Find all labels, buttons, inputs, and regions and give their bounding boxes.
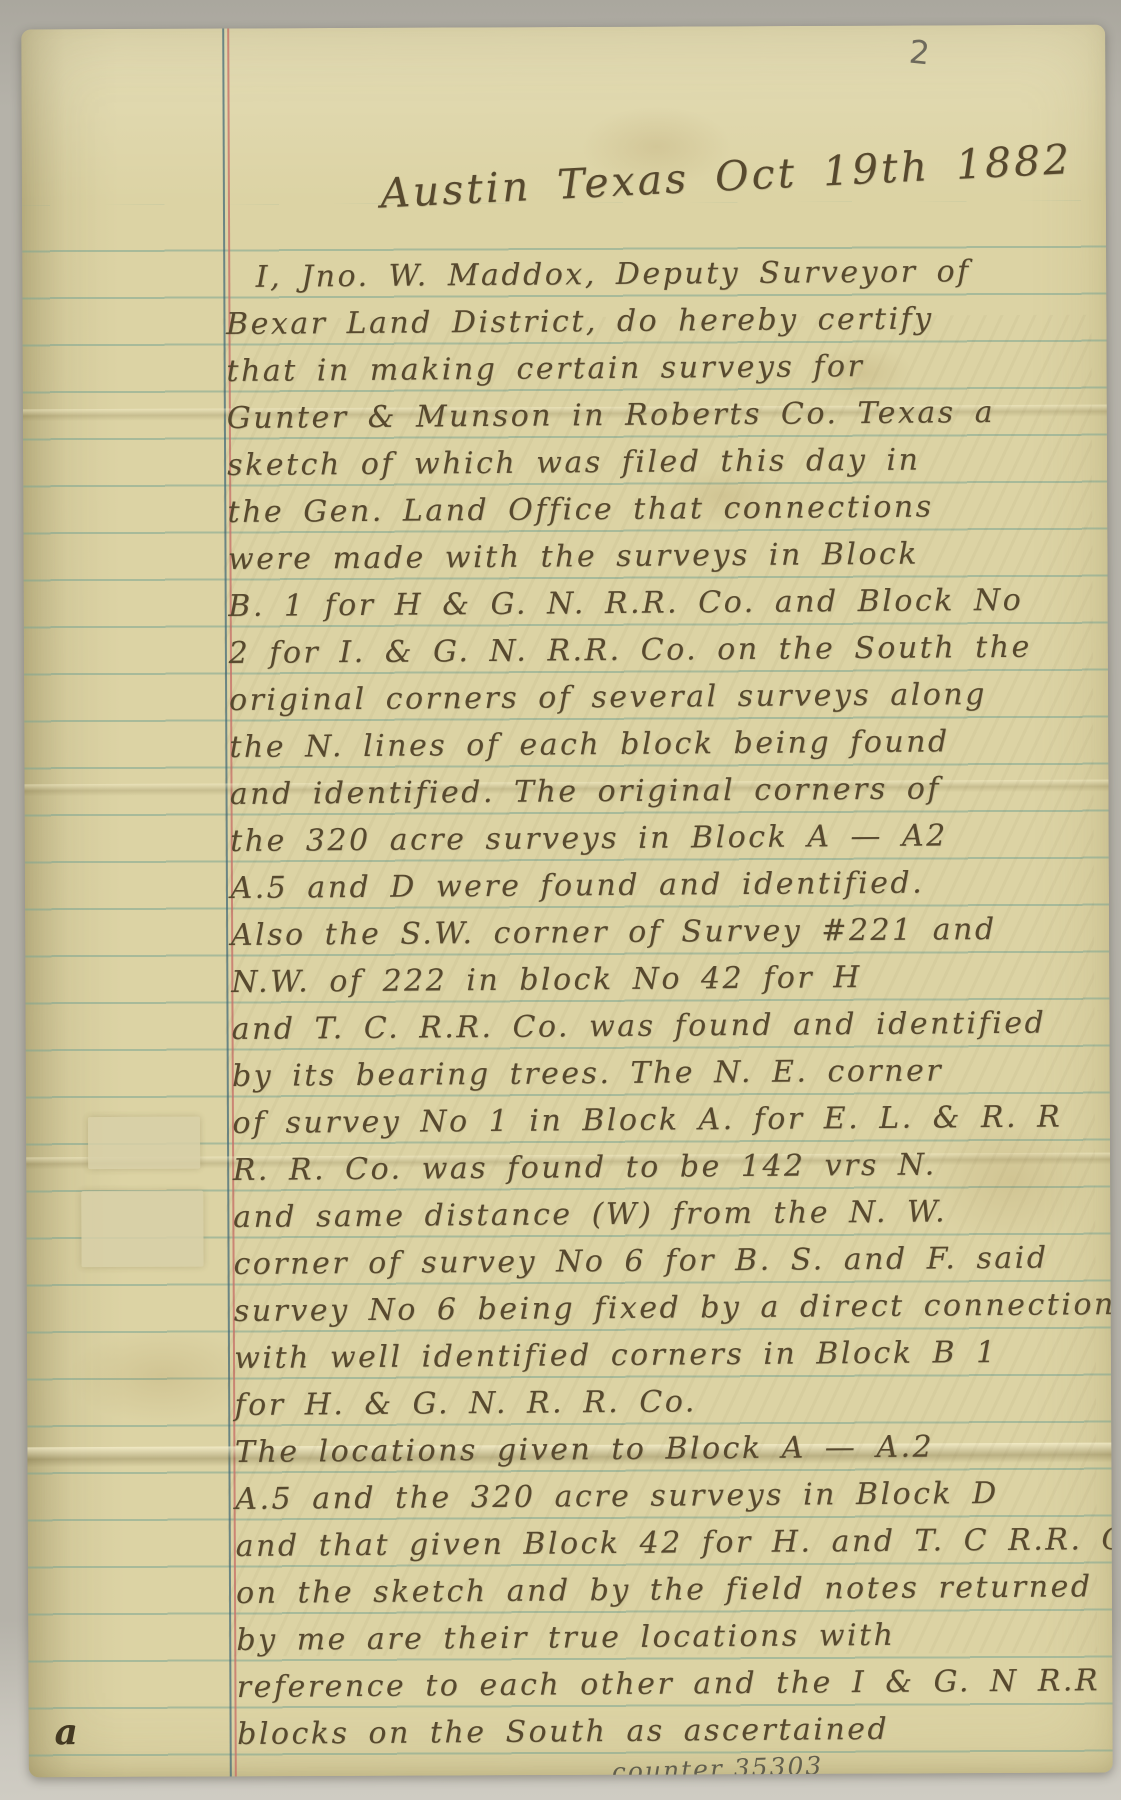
handwritten-line: of survey No 1 in Block A. for E. L. & R… bbox=[232, 1093, 1113, 1147]
document-page: 2 Austin Texas Oct 19th 1882 I, Jno. W. … bbox=[21, 25, 1113, 1778]
handwritten-line: 2 for I. & G. N. R.R. Co. on the South t… bbox=[229, 623, 1113, 677]
handwritten-line: reference to each other and the I & G. N… bbox=[237, 1657, 1113, 1711]
handwritten-line: the N. lines of each block being found bbox=[229, 717, 1113, 771]
handwritten-line: blocks on the South as ascertained bbox=[237, 1704, 1113, 1758]
document-body: I, Jno. W. Maddox, Deputy Surveyor ofBex… bbox=[226, 247, 1113, 1758]
handwritten-line: the 320 acre surveys in Block A — A2 bbox=[230, 811, 1113, 865]
handwritten-line: and T. C. R.R. Co. was found and identif… bbox=[231, 999, 1112, 1053]
tape-patch bbox=[81, 1191, 203, 1268]
handwritten-line: on the sketch and by the field notes ret… bbox=[236, 1563, 1113, 1617]
handwritten-line: A.5 and the 320 acre surveys in Block D bbox=[235, 1469, 1113, 1523]
tape-patch bbox=[88, 1117, 200, 1169]
handwritten-line: by me are their true locations with bbox=[236, 1610, 1113, 1664]
handwritten-line: with well identified corners in Block B … bbox=[234, 1328, 1113, 1382]
handwritten-line: Also the S.W. corner of Survey #221 and bbox=[231, 905, 1113, 959]
handwritten-line: Bexar Land District, do hereby certify bbox=[226, 294, 1113, 348]
handwritten-line: sketch of which was filed this day in bbox=[227, 435, 1113, 489]
handwritten-line: by its bearing trees. The N. E. corner bbox=[232, 1046, 1113, 1100]
handwritten-line: The locations given to Block A — A.2 bbox=[235, 1422, 1113, 1476]
handwritten-line: N.W. of 222 in block No 42 for H bbox=[231, 952, 1113, 1006]
handwritten-line: I, Jno. W. Maddox, Deputy Surveyor of bbox=[226, 247, 1113, 301]
handwritten-line: that in making certain surveys for bbox=[226, 341, 1113, 395]
handwritten-line: and that given Block 42 for H. and T. C … bbox=[236, 1516, 1113, 1570]
handwritten-line: corner of survey No 6 for B. S. and F. s… bbox=[233, 1234, 1113, 1288]
stain bbox=[67, 1328, 257, 1424]
handwritten-line: survey No 6 being fixed by a direct conn… bbox=[234, 1281, 1113, 1335]
handwritten-line: and identified. The original corners of bbox=[230, 764, 1113, 818]
handwritten-line: A.5 and D were found and identified. bbox=[230, 858, 1112, 912]
handwritten-line: the Gen. Land Office that connections bbox=[227, 482, 1112, 536]
handwritten-line: Gunter & Munson in Roberts Co. Texas a bbox=[227, 388, 1113, 442]
handwritten-line: R. R. Co. was found to be 142 vrs N. bbox=[233, 1140, 1113, 1194]
handwritten-line: were made with the surveys in Block bbox=[228, 529, 1113, 583]
handwritten-line: for H. & G. N. R. R. Co. bbox=[234, 1375, 1112, 1429]
handwritten-line: B. 1 for H & G. N. R.R. Co. and Block No bbox=[228, 576, 1113, 630]
margin-note: a bbox=[55, 1711, 79, 1753]
handwritten-line: original corners of several surveys alon… bbox=[229, 670, 1113, 724]
page-number: 2 bbox=[907, 33, 931, 73]
handwritten-line: and same distance (W) from the N. W. bbox=[233, 1187, 1113, 1241]
